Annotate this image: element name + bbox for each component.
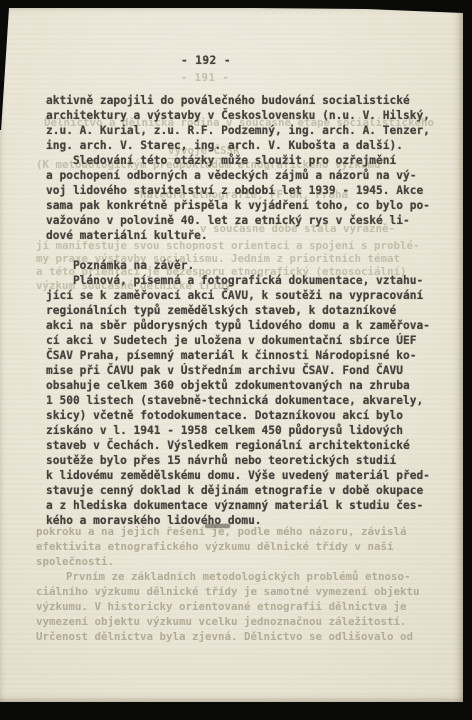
text-line: dové materiální kultuře. (46, 228, 430, 243)
text-line: 1 500 listech (stavebně-technická dokume… (46, 393, 430, 408)
page-number: - 192 - (0, 54, 412, 67)
ghost-text-line: ciálního výzkumu dělnické třídy je samot… (36, 585, 420, 598)
ghost-text-line: efektivita etnografického výzkumu dělnic… (36, 540, 394, 553)
text-line: a z hlediska dokumentace významný materi… (46, 498, 430, 513)
ghost-text-line: - 191 - (0, 71, 410, 84)
ghost-text-line: výzkumu. V historicky orientované etnogr… (36, 600, 407, 613)
text-line: jící se k zaměřovací akci ČAVU, k soutěž… (46, 288, 430, 303)
text-line: voj lidového stavitelství z období let 1… (46, 183, 430, 198)
text-line: k lidovému zemědělskému domu. Výše uvede… (46, 468, 430, 483)
ghost-text-line: společnosti. (36, 555, 114, 568)
text-line: staveb v Čechách. Výsledkem regionální a… (46, 438, 430, 453)
text-line: mise při ČAVU pak v Ústředním archivu ČS… (46, 363, 430, 378)
text-line: stavuje cenný doklad k dějinám etnografi… (46, 483, 430, 498)
text-line: aktivně zapojili do poválečného budování… (46, 93, 430, 108)
scanned-page-background: - 191 -Dělnictvo a dělnická rodina v sou… (0, 0, 472, 720)
text-line: architektury a výstavby v Československu… (46, 108, 430, 123)
ghost-text-line: Určenost dělnictva byla zjevná. Dělnictv… (36, 630, 413, 643)
text-line: akci na sběr půdorysných typů lidového d… (46, 318, 430, 333)
text-line: cí akci v Sudetech je uložena v dokument… (46, 333, 430, 348)
text-line: ing. arch. V. Starec, ing. arch. V. Kubo… (46, 138, 430, 153)
text-line: ČSAV Praha, písemný materiál k činnosti … (46, 348, 430, 363)
text-line: sama pak konkrétně přispěla k vyjádření … (46, 198, 430, 213)
ink-smudge-decoration (205, 524, 230, 528)
text-line: kého a moravského lidového domu. (46, 513, 430, 528)
text-line: Plánová, písemná a fotografická dokument… (46, 273, 430, 288)
text-line: Sledování této otázky může sloužit pro o… (46, 153, 430, 168)
text-line: Poznámka na závěr. (46, 258, 430, 273)
body-text: aktivně zapojili do poválečného budování… (46, 93, 430, 528)
text-line: regionálních typů zemědělských staveb, k… (46, 303, 430, 318)
ghost-text-line: Prvním ze základních metodologických pro… (66, 570, 411, 583)
text-line: važováno v polovině 40. let za etnický r… (46, 213, 430, 228)
text-line: skicy) včetně fotodokumentace. Dotazníko… (46, 408, 430, 423)
text-line: a pochopení odborných a vědeckých zájmů … (46, 168, 430, 183)
text-line: získáno v l. 1941 - 1958 celkem 450 půdo… (46, 423, 430, 438)
ghost-text-line: vymezení objektu výzkumu vcelku jednozna… (36, 615, 407, 628)
text-line: obsahuje celkem 360 objektů zdokumentova… (46, 378, 430, 393)
text-line: soutěže bylo přes 15 návrhů nebo teoreti… (46, 453, 430, 468)
text-line: z.u. A. Kurial, z.u. R.F. Podzemný, ing.… (46, 123, 430, 138)
text-line (46, 243, 430, 258)
